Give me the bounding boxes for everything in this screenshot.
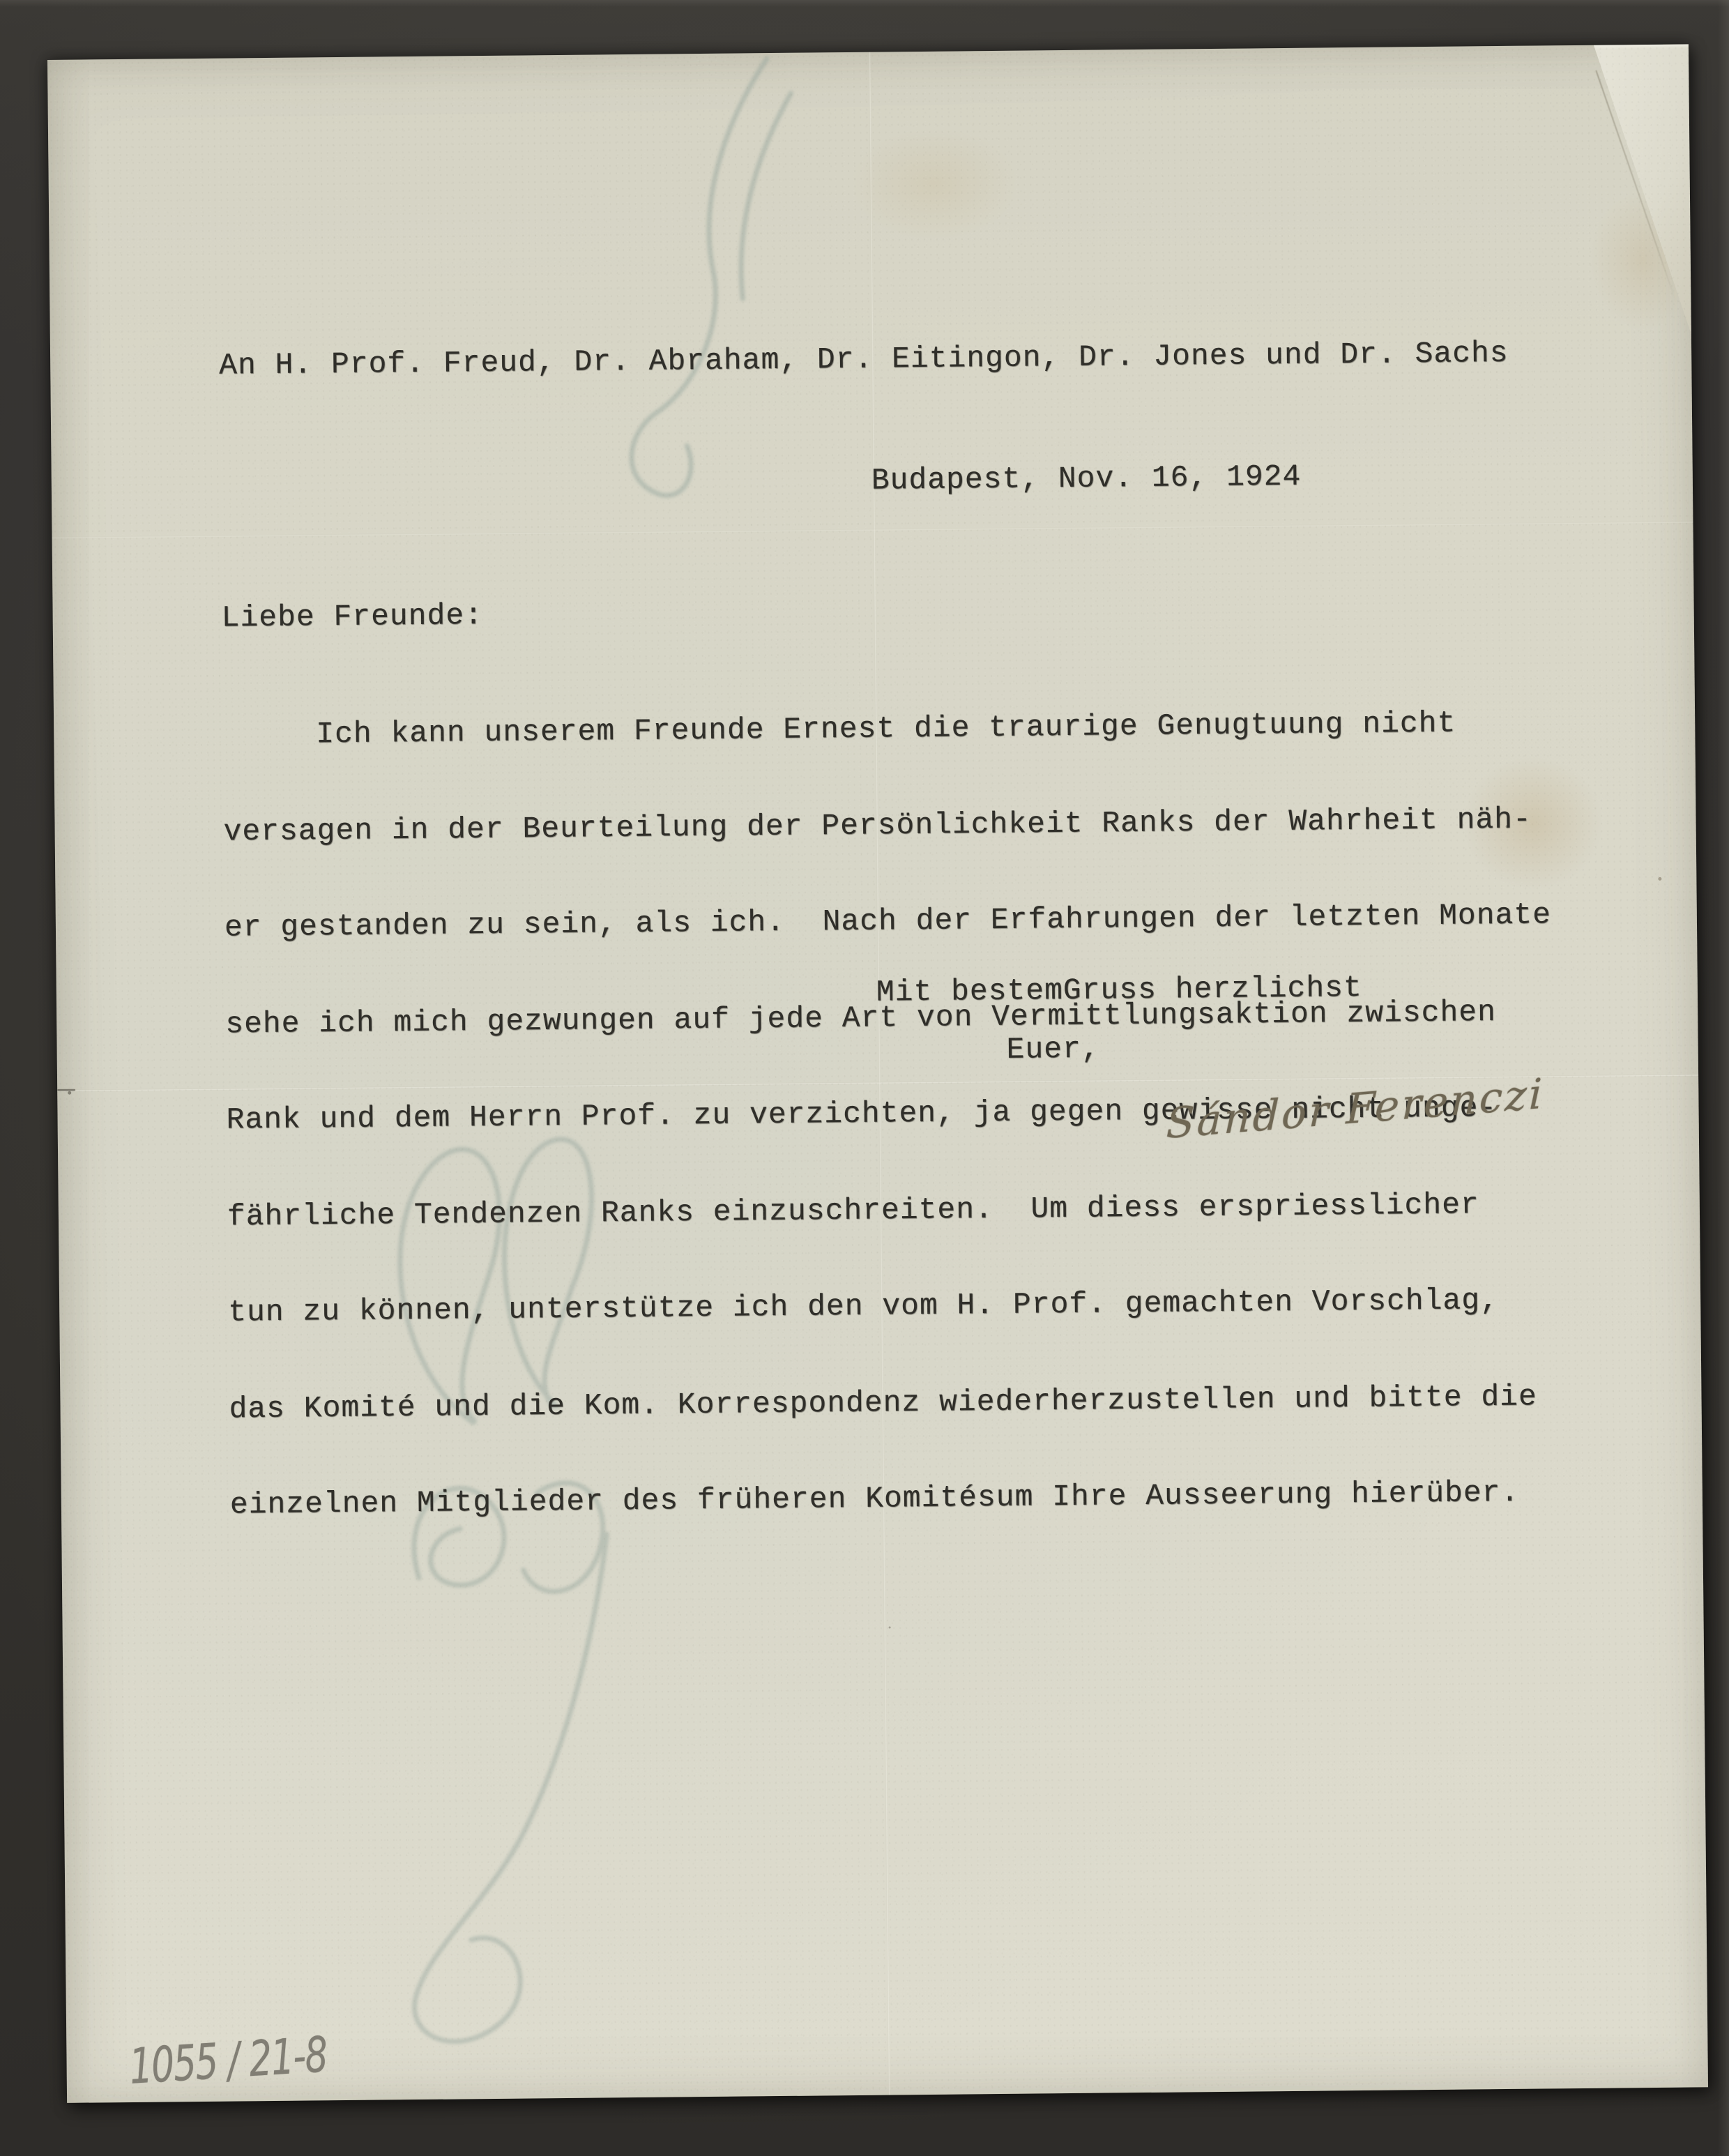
salutation: Liebe Freunde:	[221, 600, 483, 635]
body-line: einzelnen Mitglieder des früheren Komité…	[230, 1476, 1557, 1521]
body-line: fährliche Tendenzen Ranks einzuschreiten…	[227, 1188, 1554, 1233]
paper-stain	[850, 128, 1019, 241]
scanned-letter-page: { "scan": { "mat_background_color": "#33…	[0, 0, 1729, 2156]
signoff: Euer,	[1006, 1033, 1099, 1066]
body-line: er gestanden zu sein, als ich. Nach der …	[224, 899, 1551, 943]
archival-number: 1055 / 21-8	[128, 2026, 328, 2095]
body-line: das Komité und die Kom. Korrespondenz wi…	[229, 1381, 1555, 1425]
dateline: Budapest, Nov. 16, 1924	[871, 461, 1302, 497]
scanner-mat-right-edge	[1718, 0, 1729, 2156]
body-line: tun zu können, unterstütze ich den vom H…	[228, 1284, 1555, 1328]
fold-crease-mark	[57, 1089, 75, 1091]
paper-specks	[47, 60, 49, 62]
recipients-line: An H. Prof. Freud, Dr. Abraham, Dr. Eiti…	[219, 337, 1509, 382]
bleedthrough-handwriting-top	[591, 44, 832, 549]
letter-paper-sheet: An H. Prof. Freud, Dr. Abraham, Dr. Eiti…	[47, 44, 1708, 2102]
scanner-mat-top-edge	[0, 0, 1729, 7]
body-line: versagen in der Beurteilung der Persönli…	[223, 803, 1550, 848]
body-line: Ich kann unserem Freunde Ernest die trau…	[222, 706, 1549, 751]
closing-line: Mit bestemGruss herzlichst	[876, 972, 1362, 1009]
